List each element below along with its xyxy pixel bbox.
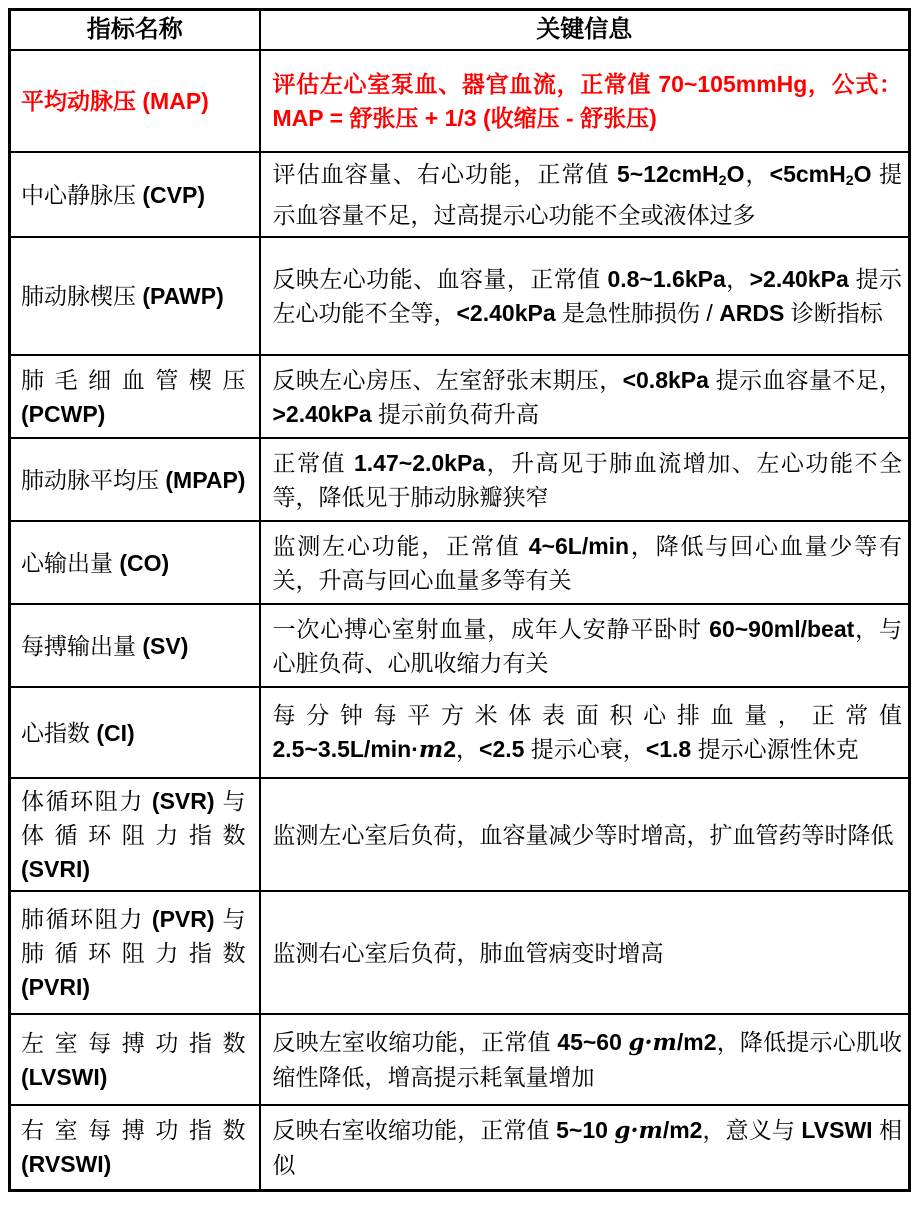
table-row-pvr-pvri: 肺循环阻力 (PVR) 与肺循环阻力指数 (PVRI) 监测右心室后负荷，肺血管… xyxy=(10,891,910,1014)
table-row-co: 心输出量 (CO) 监测左心功能，正常值 4~6L/min，降低与回心血量少等有… xyxy=(10,521,910,604)
indicator-name: 每搏输出量 (SV) xyxy=(10,604,260,687)
indicator-info: 反映右室收缩功能，正常值 5~10 g·m/m2，意义与 LVSWI 相似 xyxy=(260,1105,910,1190)
table-row-cvp: 中心静脉压 (CVP) 评估血容量、右心功能，正常值 5~12cmH2O，<5c… xyxy=(10,152,910,237)
header-key-info: 关键信息 xyxy=(260,10,910,51)
table-row-lvswi: 左室每搏功指数 (LVSWI) 反映左室收缩功能，正常值 45~60 g·m/m… xyxy=(10,1014,910,1105)
indicator-name: 肺毛细血管楔压 (PCWP) xyxy=(10,355,260,438)
table-row-pawp: 肺动脉楔压 (PAWP) 反映左心功能、血容量，正常值 0.8~1.6kPa，>… xyxy=(10,237,910,355)
indicator-info: 监测右心室后负荷，肺血管病变时增高 xyxy=(260,891,910,1014)
table-row-rvswi: 右室每搏功指数 (RVSWI) 反映右室收缩功能，正常值 5~10 g·m/m2… xyxy=(10,1105,910,1190)
indicator-info: 监测左心室后负荷，血容量减少等时增高，扩血管药等时降低 xyxy=(260,778,910,891)
header-row: 指标名称 关键信息 xyxy=(10,10,910,51)
indicator-info: 反映左心房压、左室舒张末期压，<0.8kPa 提示血容量不足，>2.40kPa … xyxy=(260,355,910,438)
indicator-name: 肺动脉平均压 (MPAP) xyxy=(10,438,260,521)
indicator-name: 右室每搏功指数 (RVSWI) xyxy=(10,1105,260,1190)
indicator-name: 中心静脉压 (CVP) xyxy=(10,152,260,237)
table-row-sv: 每搏输出量 (SV) 一次心搏心室射血量，成年人安静平卧时 60~90ml/be… xyxy=(10,604,910,687)
indicator-info: 正常值 1.47~2.0kPa，升高见于肺血流增加、左心功能不全等，降低见于肺动… xyxy=(260,438,910,521)
table-row-pcwp: 肺毛细血管楔压 (PCWP) 反映左心房压、左室舒张末期压，<0.8kPa 提示… xyxy=(10,355,910,438)
indicator-name: 心指数 (CI) xyxy=(10,687,260,778)
indicator-info: 反映左心功能、血容量，正常值 0.8~1.6kPa，>2.40kPa 提示左心功… xyxy=(260,237,910,355)
indicator-info: 评估左心室泵血、器官血流，正常值 70~105mmHg，公式：MAP = 舒张压… xyxy=(260,50,910,152)
indicator-info: 评估血容量、右心功能，正常值 5~12cmH2O，<5cmH2O 提示血容量不足… xyxy=(260,152,910,237)
table-row-svr-svri: 体循环阻力 (SVR) 与体循环阻力指数 (SVRI) 监测左心室后负荷，血容量… xyxy=(10,778,910,891)
header-indicator-name: 指标名称 xyxy=(10,10,260,51)
indicator-info: 监测左心功能，正常值 4~6L/min，降低与回心血量少等有关，升高与回心血量多… xyxy=(260,521,910,604)
indicator-name: 心输出量 (CO) xyxy=(10,521,260,604)
table-body: 平均动脉压 (MAP) 评估左心室泵血、器官血流，正常值 70~105mmHg，… xyxy=(10,50,910,1190)
indicator-info: 一次心搏心室射血量，成年人安静平卧时 60~90ml/beat，与心脏负荷、心肌… xyxy=(260,604,910,687)
table-row-mpap: 肺动脉平均压 (MPAP) 正常值 1.47~2.0kPa，升高见于肺血流增加、… xyxy=(10,438,910,521)
table-row-ci: 心指数 (CI) 每分钟每平方米体表面积心排血量，正常值 2.5~3.5L/mi… xyxy=(10,687,910,778)
indicator-info: 每分钟每平方米体表面积心排血量，正常值 2.5~3.5L/min·m2，<2.5… xyxy=(260,687,910,778)
document-page: 指标名称 关键信息 平均动脉压 (MAP) 评估左心室泵血、器官血流，正常值 7… xyxy=(0,0,919,1200)
indicator-name: 体循环阻力 (SVR) 与体循环阻力指数 (SVRI) xyxy=(10,778,260,891)
indicator-info: 反映左室收缩功能，正常值 45~60 g·m/m2，降低提示心肌收缩性降低，增高… xyxy=(260,1014,910,1105)
indicator-name: 左室每搏功指数 (LVSWI) xyxy=(10,1014,260,1105)
indicator-name: 肺循环阻力 (PVR) 与肺循环阻力指数 (PVRI) xyxy=(10,891,260,1014)
indicator-name: 肺动脉楔压 (PAWP) xyxy=(10,237,260,355)
hemodynamic-indicators-table: 指标名称 关键信息 平均动脉压 (MAP) 评估左心室泵血、器官血流，正常值 7… xyxy=(8,8,911,1192)
table-row-map: 平均动脉压 (MAP) 评估左心室泵血、器官血流，正常值 70~105mmHg，… xyxy=(10,50,910,152)
indicator-name: 平均动脉压 (MAP) xyxy=(10,50,260,152)
table-header: 指标名称 关键信息 xyxy=(10,10,910,51)
